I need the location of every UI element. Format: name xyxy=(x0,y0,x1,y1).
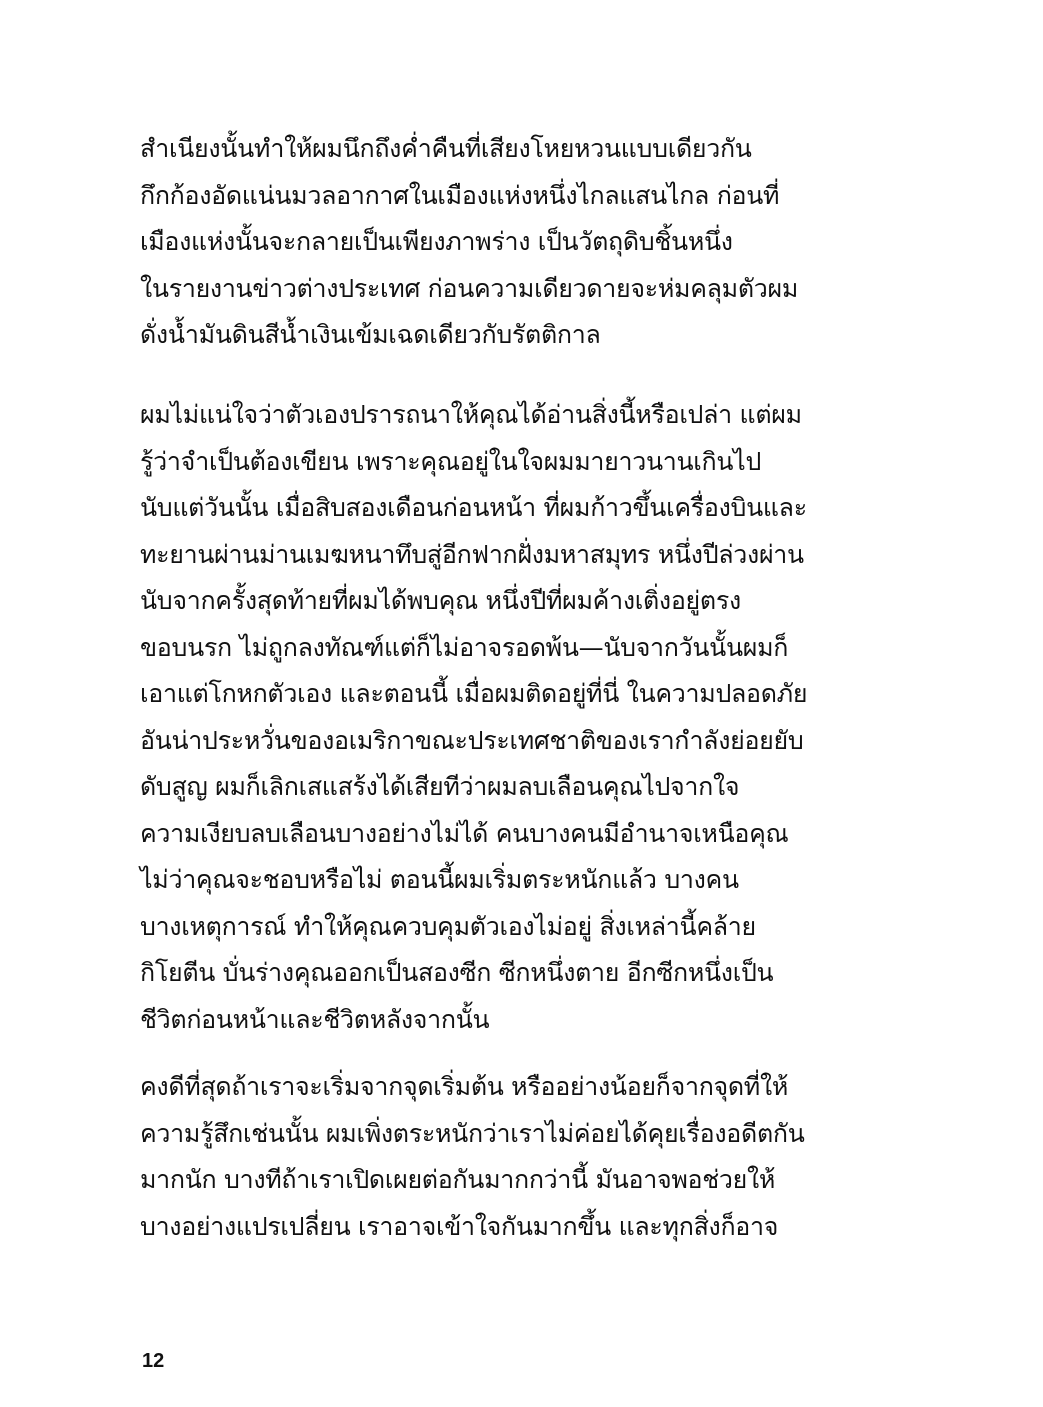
text-line: ความรู้สึกเช่นนั้น ผมเพิ่งตระหนักว่าเราไ… xyxy=(140,1111,830,1158)
text-line: ดั่งน้ำมันดินสีน้ำเงินเข้มเฉดเดียวกับรัต… xyxy=(140,312,830,359)
text-line: เมืองแห่งนั้นจะกลายเป็นเพียงภาพร่าง เป็น… xyxy=(140,219,830,266)
text-line: กึกก้องอัดแน่นมวลอากาศในเมืองแห่งหนึ่งไก… xyxy=(140,173,830,220)
paragraph-1: สำเนียงนั้นทำให้ผมนึกถึงค่ำคืนที่เสียงโห… xyxy=(140,126,830,359)
text-line: ทะยานผ่านม่านเมฆหนาทึบสู่อีกฟากฝั่งมหาสม… xyxy=(140,532,830,579)
text-line: อันน่าประหวั่นของอเมริกาขณะประเทศชาติของ… xyxy=(140,718,830,765)
text-line: ขอบนรก ไม่ถูกลงทัณฑ์แต่ก็ไม่อาจรอดพ้น—นั… xyxy=(140,625,830,672)
paragraph-3: คงดีที่สุดถ้าเราจะเริ่มจากจุดเริ่มต้น หร… xyxy=(140,1064,830,1250)
text-line: บางเหตุการณ์ ทำให้คุณควบคุมตัวเองไม่อยู่… xyxy=(140,904,830,951)
text-line: นับจากครั้งสุดท้ายที่ผมได้พบคุณ หนึ่งปีท… xyxy=(140,578,830,625)
page-number: 12 xyxy=(142,1350,164,1373)
text-line: บางอย่างแปรเปลี่ยน เราอาจเข้าใจกันมากขึ้… xyxy=(140,1204,830,1251)
text-line: ไม่ว่าคุณจะชอบหรือไม่ ตอนนี้ผมเริ่มตระหน… xyxy=(140,857,830,904)
text-line: ผมไม่แน่ใจว่าตัวเองปรารถนาให้คุณได้อ่านส… xyxy=(140,392,830,439)
text-line: รู้ว่าจำเป็นต้องเขียน เพราะคุณอยู่ในใจผม… xyxy=(140,439,830,486)
paragraph-2: ผมไม่แน่ใจว่าตัวเองปรารถนาให้คุณได้อ่านส… xyxy=(140,392,830,1043)
text-line: คงดีที่สุดถ้าเราจะเริ่มจากจุดเริ่มต้น หร… xyxy=(140,1064,830,1111)
text-line: กิโยตีน บั่นร่างคุณออกเป็นสองซีก ซีกหนึ่… xyxy=(140,950,830,997)
text-line: ในรายงานข่าวต่างประเทศ ก่อนความเดียวดายจ… xyxy=(140,266,830,313)
text-line: สำเนียงนั้นทำให้ผมนึกถึงค่ำคืนที่เสียงโห… xyxy=(140,126,830,173)
text-line: เอาแต่โกหกตัวเอง และตอนนี้ เมื่อผมติดอยู… xyxy=(140,671,830,718)
text-line: ดับสูญ ผมก็เลิกเสแสร้งได้เสียทีว่าผมลบเล… xyxy=(140,764,830,811)
book-page: สำเนียงนั้นทำให้ผมนึกถึงค่ำคืนที่เสียงโห… xyxy=(0,0,1043,1407)
text-line: ความเงียบลบเลือนบางอย่างไม่ได้ คนบางคนมี… xyxy=(140,811,830,858)
text-line: นับแต่วันนั้น เมื่อสิบสองเดือนก่อนหน้า ท… xyxy=(140,485,830,532)
text-line: ชีวิตก่อนหน้าและชีวิตหลังจากนั้น xyxy=(140,997,830,1044)
text-line: มากนัก บางทีถ้าเราเปิดเผยต่อกันมากกว่านี… xyxy=(140,1157,830,1204)
